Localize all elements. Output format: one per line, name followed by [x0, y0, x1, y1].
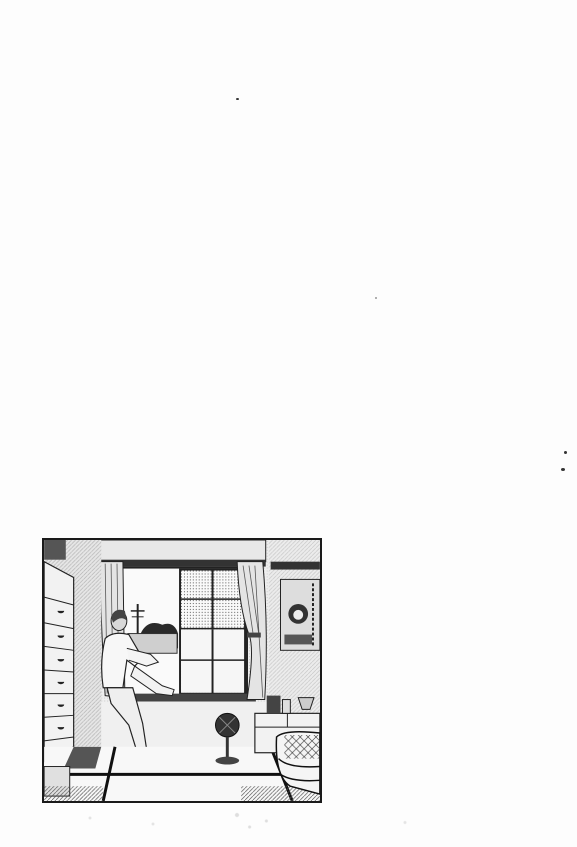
ink-speck	[375, 297, 377, 299]
room-illustration	[44, 540, 320, 801]
show-through-bleed	[48, 806, 468, 836]
comic-panel	[42, 538, 322, 803]
wall-poster	[280, 579, 319, 650]
ink-speck	[564, 451, 567, 454]
ink-speck	[236, 98, 239, 100]
manga-page	[0, 0, 577, 847]
ink-speck	[561, 468, 565, 471]
